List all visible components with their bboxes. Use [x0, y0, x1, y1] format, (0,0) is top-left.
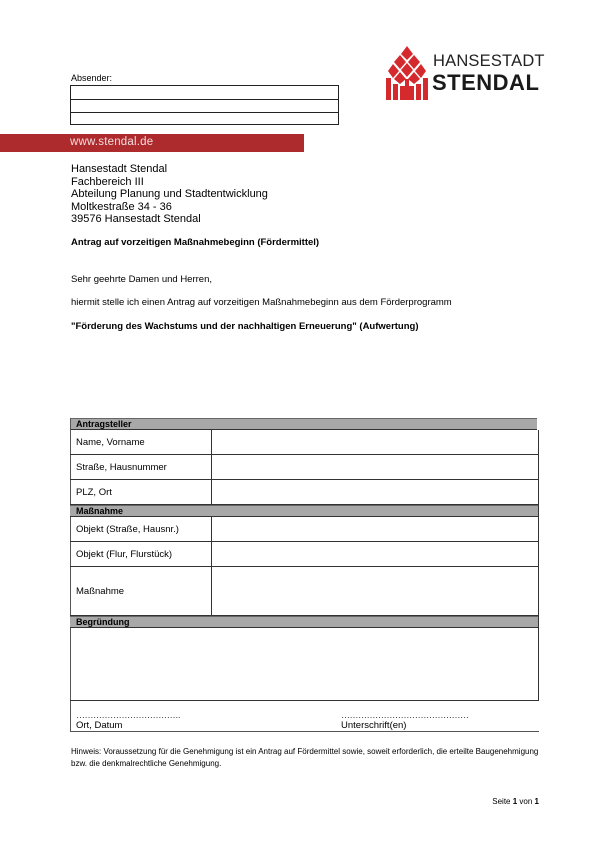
- form-frame-right: [538, 430, 539, 701]
- logo-text-hansestadt: HANSESTADT: [433, 52, 545, 71]
- street-field[interactable]: [211, 455, 539, 479]
- signature-line[interactable]: ………………………………………: [341, 710, 469, 720]
- name-field[interactable]: [211, 430, 539, 454]
- place-date-label: Ort, Datum: [76, 720, 122, 731]
- page-number: Seite 1 von 1: [492, 797, 539, 806]
- row-label-name: Name, Vorname: [76, 437, 145, 448]
- table-row: Straße, Hausnummer: [70, 455, 539, 480]
- row-label-measure: Maßnahme: [76, 586, 124, 597]
- stendal-roland-gate-logo-icon: [386, 46, 428, 100]
- zip-city-field[interactable]: [211, 480, 539, 504]
- sender-line-3-field[interactable]: [71, 113, 338, 125]
- section-header-justification: Begründung: [70, 616, 539, 628]
- row-label-street: Straße, Hausnummer: [76, 462, 167, 473]
- row-label-object-address: Objekt (Straße, Hausnr.): [76, 524, 179, 535]
- object-parcel-field[interactable]: [211, 542, 539, 566]
- logo-text-stendal: STENDAL: [432, 70, 539, 96]
- object-address-field[interactable]: [211, 517, 539, 541]
- hint-note: Hinweis: Voraussetzung für die Genehmigu…: [71, 746, 541, 769]
- letter-subject: Antrag auf vorzeitigen Maßnahmebeginn (F…: [71, 237, 319, 248]
- justification-field[interactable]: [70, 628, 539, 701]
- page-current: 1: [513, 797, 517, 806]
- section-header-applicant: Antragsteller: [70, 418, 537, 430]
- sender-line-1-field[interactable]: [71, 86, 338, 98]
- table-row: Maßnahme: [70, 567, 539, 616]
- city-logo: HANSESTADT STENDAL: [386, 46, 542, 102]
- address-line: Moltkestraße 34 - 36: [71, 201, 268, 214]
- address-line: Fachbereich III: [71, 176, 268, 189]
- sender-line-2-field[interactable]: [71, 100, 338, 112]
- sender-label: Absender:: [71, 73, 112, 83]
- section-header-measure: Maßnahme: [70, 505, 539, 517]
- table-row: Objekt (Straße, Hausnr.): [70, 517, 539, 542]
- page-separator: von: [519, 797, 532, 806]
- website-band: www.stendal.de: [0, 134, 304, 152]
- place-date-line[interactable]: ……………………………….: [76, 710, 180, 720]
- letter-body: hiermit stelle ich einen Antrag auf vorz…: [71, 297, 452, 308]
- address-line: Hansestadt Stendal: [71, 163, 268, 176]
- address-line: 39576 Hansestadt Stendal: [71, 213, 268, 226]
- page-total: 1: [535, 797, 539, 806]
- table-row: PLZ, Ort: [70, 480, 539, 505]
- signature-block: ………………………………. Ort, Datum …………………………………………: [70, 701, 539, 732]
- funding-program: "Förderung des Wachstums und der nachhal…: [71, 321, 419, 332]
- address-line: Abteilung Planung und Stadtentwicklung: [71, 188, 268, 201]
- table-row: Name, Vorname: [70, 430, 539, 455]
- letter-salutation: Sehr geehrte Damen und Herren,: [71, 274, 212, 285]
- page-prefix: Seite: [492, 797, 510, 806]
- row-label-zip-city: PLZ, Ort: [76, 487, 112, 498]
- table-row: Objekt (Flur, Flurstück): [70, 542, 539, 567]
- website-url: www.stendal.de: [70, 136, 153, 148]
- row-label-object-parcel: Objekt (Flur, Flurstück): [76, 549, 172, 560]
- signature-label: Unterschrift(en): [341, 720, 406, 731]
- recipient-address: Hansestadt Stendal Fachbereich III Abtei…: [71, 163, 268, 226]
- sender-box: [70, 85, 339, 125]
- measure-field[interactable]: [211, 567, 539, 615]
